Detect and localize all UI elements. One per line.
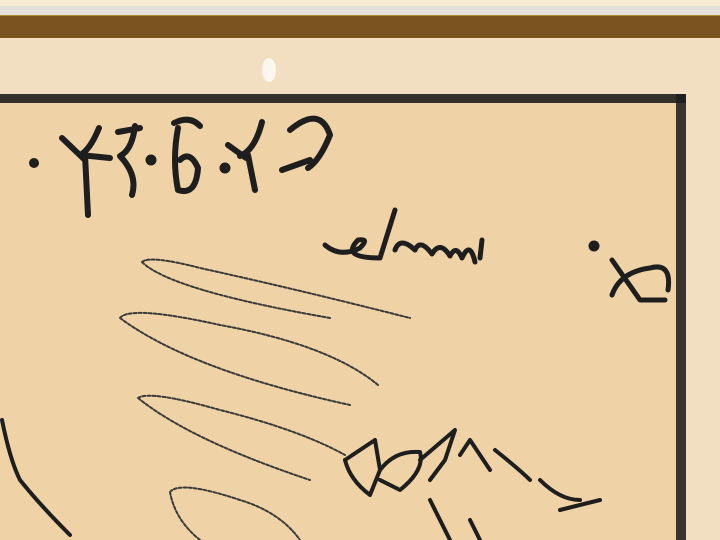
word-inscription — [325, 210, 669, 300]
scribble-strokes — [120, 260, 410, 540]
figure-outline — [2, 420, 600, 540]
drawing — [0, 0, 720, 540]
date-inscription — [32, 119, 330, 215]
